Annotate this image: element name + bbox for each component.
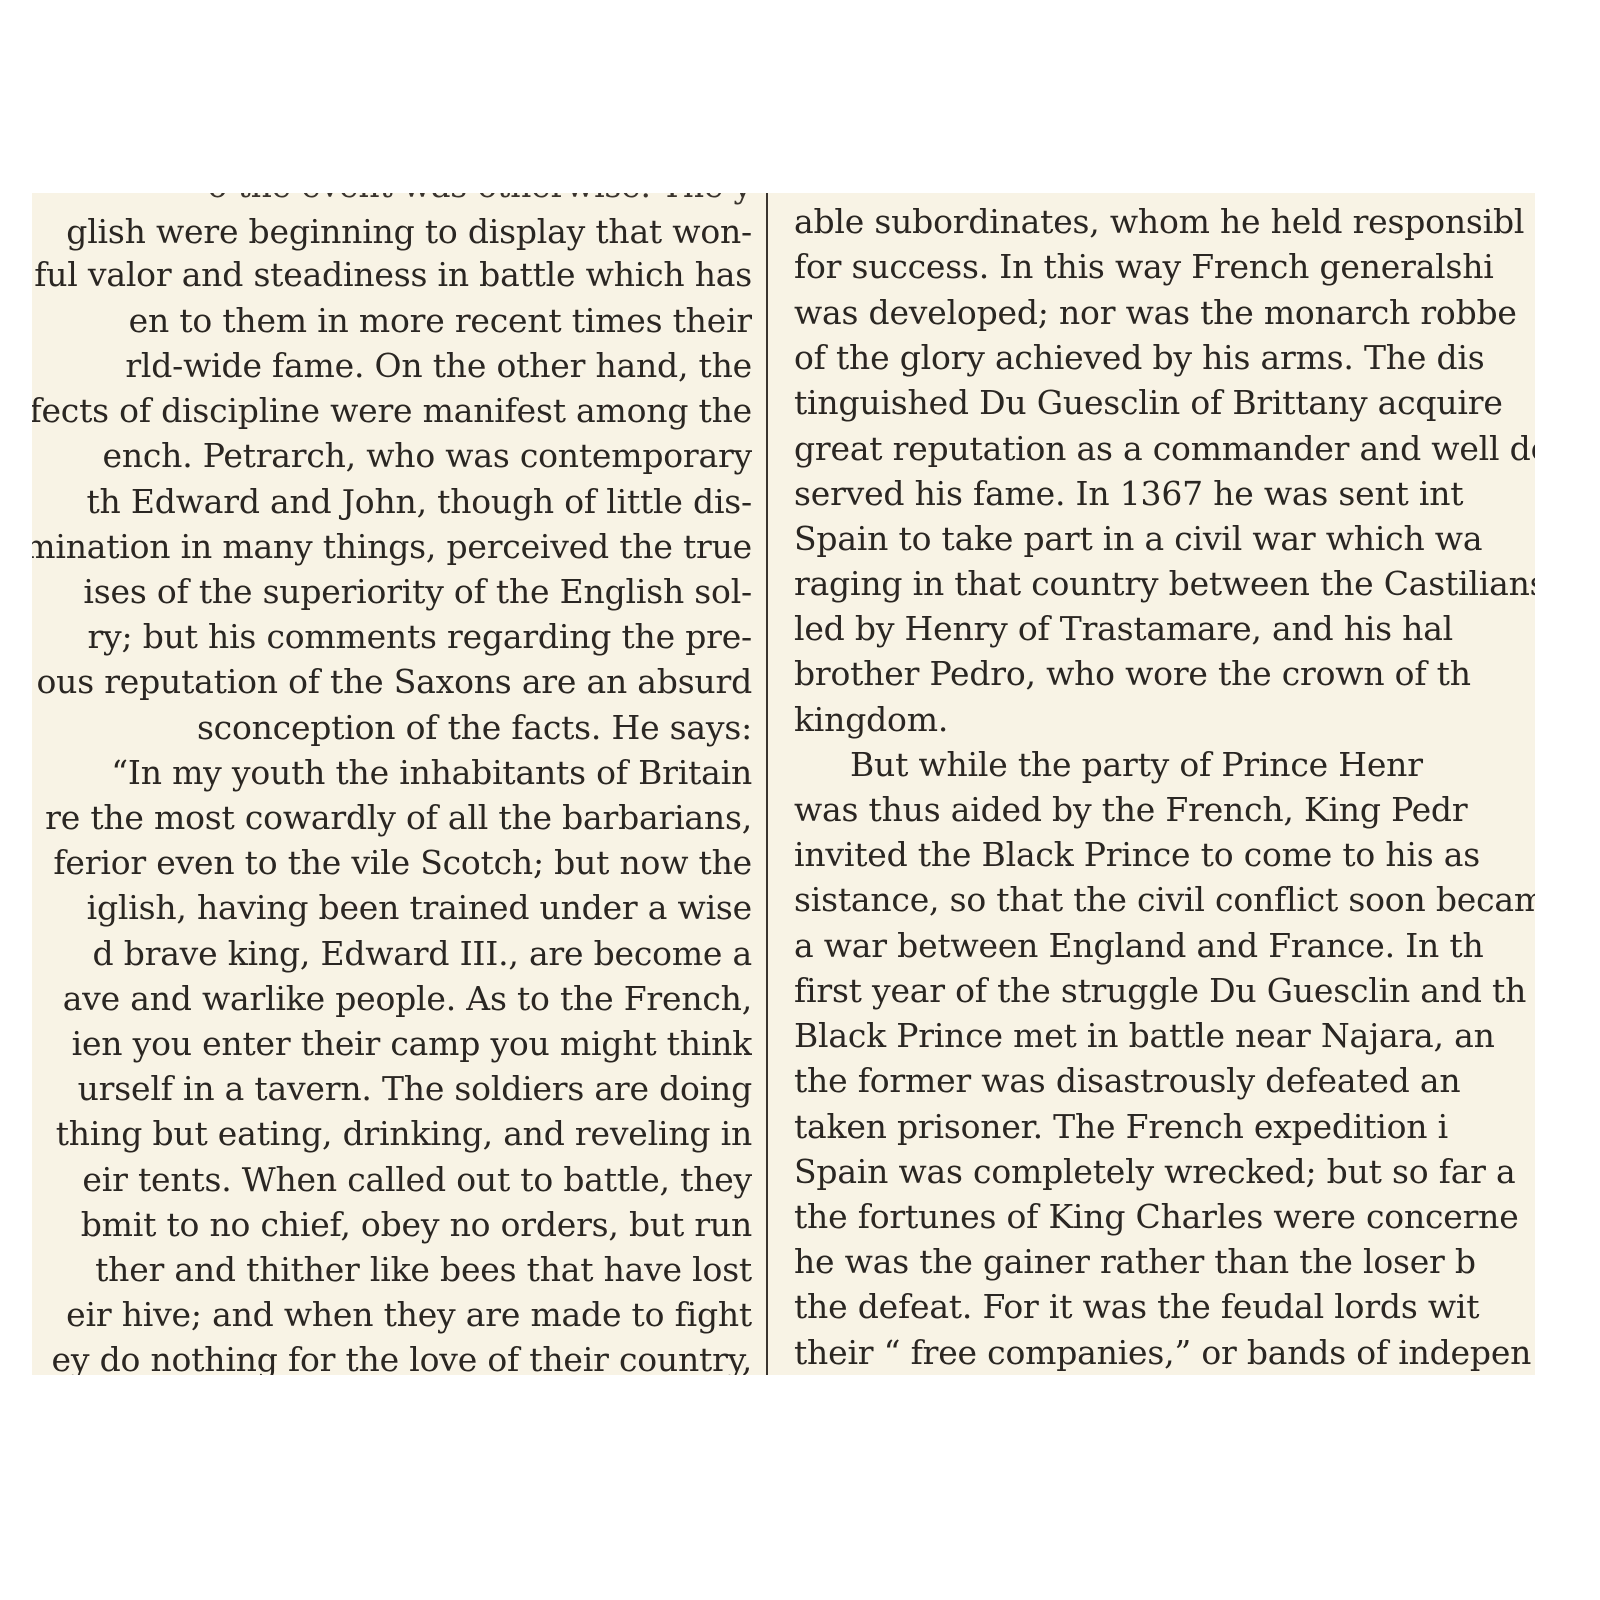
text-line: Spain was completely wrecked; but so far… — [794, 1149, 1516, 1195]
text-line: served his fame. In 1367 he was sent int — [794, 471, 1463, 517]
text-line: able subordinates, whom he held responsi… — [794, 199, 1524, 245]
text-line: ave and warlike people. As to the French… — [63, 976, 752, 1022]
text-line: bmit to no chief, obey no orders, but ru… — [81, 1202, 752, 1248]
text-line: the defeat. For it was the feudal lords … — [794, 1284, 1479, 1330]
text-line: was developed; nor was the monarch robbe — [794, 290, 1517, 336]
text-line: ench. Petrarch, who was contemporary — [103, 433, 753, 479]
text-line: invited the Black Prince to come to his … — [794, 832, 1480, 878]
text-line: glish were beginning to display that won… — [66, 209, 752, 255]
text-line: tinguished Du Guesclin of Brittany acqui… — [794, 380, 1503, 426]
text-line: “In my youth the inhabitants of Britain — [111, 750, 752, 796]
text-line: ful valor and steadiness in battle which… — [34, 252, 752, 298]
text-line: the former was disastrously defeated an — [794, 1058, 1460, 1104]
text-line: urself in a tavern. The soldiers are doi… — [78, 1066, 752, 1112]
text-line: ry; but his comments regarding the pre- — [87, 614, 752, 660]
column-divider — [766, 193, 768, 1375]
text-line: for success. In this way French generals… — [794, 244, 1494, 290]
text-line: he was the gainer rather than the loser … — [794, 1239, 1476, 1285]
text-line: led by Henry of Trastamare, and his hal — [794, 606, 1453, 652]
text-line: raging in that country between the Casti… — [794, 561, 1535, 607]
text-line: their “ free companies,” or bands of ind… — [794, 1330, 1531, 1375]
text-line: ther and thither like bees that have los… — [95, 1247, 752, 1293]
text-line: o the event was otherwise. The y — [208, 193, 752, 209]
text-line: sistance, so that the civil conflict soo… — [794, 877, 1535, 923]
text-line: d brave king, Edward III., are become a — [92, 931, 752, 977]
text-line: ien you enter their camp you might think — [72, 1021, 752, 1067]
text-line: eir hive; and when they are made to figh… — [66, 1292, 752, 1338]
text-line: first year of the struggle Du Guesclin a… — [794, 968, 1526, 1014]
text-line: Black Prince met in battle near Najara, … — [794, 1013, 1495, 1059]
text-line: fects of discipline were manifest among … — [32, 388, 752, 434]
left-column: o the event was otherwise. The y glish w… — [32, 193, 752, 1375]
text-line: of the glory achieved by his arms. The d… — [794, 335, 1484, 381]
text-line: ferior even to the vile Scotch; but now … — [53, 840, 752, 886]
text-line: re the most cowardly of all the barbaria… — [45, 795, 752, 841]
text-line: Spain to take part in a civil war which … — [794, 516, 1482, 562]
text-line: ey do nothing for the love of their coun… — [52, 1337, 752, 1375]
text-line: sconception of the facts. He says: — [197, 705, 752, 751]
text-line: mination in many things, perceived the t… — [32, 524, 752, 570]
text-line: was thus aided by the French, King Pedr — [794, 787, 1467, 833]
text-line: taken prisoner. The French expedition i — [794, 1104, 1448, 1150]
text-line: rld-wide fame. On the other hand, the — [125, 343, 752, 389]
text-line: eir tents. When called out to battle, th… — [82, 1157, 752, 1203]
text-line: brother Pedro, who wore the crown of th — [794, 651, 1471, 697]
text-line: iglish, having been trained under a wise — [87, 885, 752, 931]
text-line: en to them in more recent times their — [129, 298, 752, 344]
page-scan: o the event was otherwise. The y glish w… — [32, 193, 1535, 1375]
text-line: ises of the superiority of the English s… — [83, 569, 752, 615]
text-line: kingdom. — [794, 697, 948, 743]
text-line: great reputation as a commander and well… — [794, 426, 1535, 472]
text-line: thing but eating, drinking, and reveling… — [56, 1111, 752, 1157]
text-line: th Edward and John, though of little dis… — [87, 479, 753, 525]
paragraph-start-line: But while the party of Prince Henr — [850, 742, 1423, 788]
text-line: ous reputation of the Saxons are an absu… — [36, 659, 752, 705]
text-line: a war between England and France. In th — [794, 923, 1484, 969]
right-column: able subordinates, whom he held responsi… — [794, 193, 1535, 1375]
text-line: the fortunes of King Charles were concer… — [794, 1194, 1519, 1240]
